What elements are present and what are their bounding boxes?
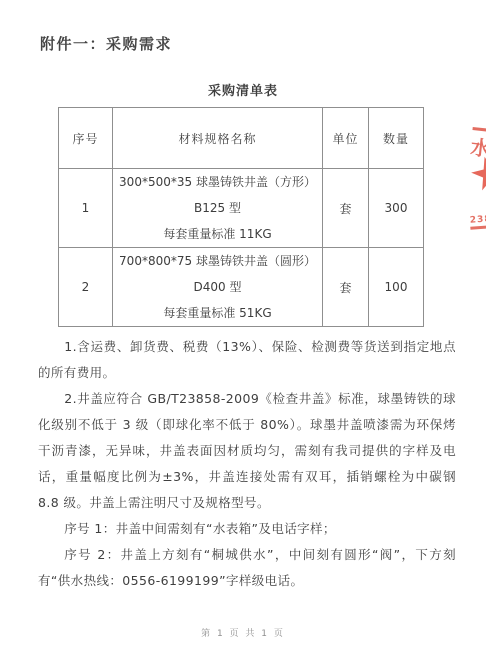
- seal-character: 水: [469, 127, 486, 162]
- spec-line: 700*800*75 球墨铸铁井盖（圆形）: [113, 248, 322, 274]
- paragraph-item2-note: 序号 2：井盖上方刻有“桐城供水”，中间刻有圆形“阀”，下方刻有“供水热线：05…: [38, 542, 456, 594]
- cell-no: 1: [59, 169, 113, 248]
- seal-digits: 238: [470, 214, 486, 229]
- spec-line: 每套重量标准 11KG: [113, 221, 322, 247]
- body-text: 1.含运费、卸货费、税费（13%）、保险、检测费等货送到指定地点的所有费用。 2…: [38, 334, 456, 594]
- paragraph-item1-note: 序号 1：井盖中间需刻有“水表箱”及电话字样；: [38, 516, 456, 542]
- table-row: 1 300*500*35 球墨铸铁井盖（方形） B125 型 每套重量标准 11…: [59, 169, 424, 248]
- cell-qty: 100: [369, 248, 424, 327]
- doc-heading: 附件一：采购需求: [0, 0, 486, 54]
- paragraph-standard: 2.井盖应符合 GB/T23858-2009《检查井盖》标准，球墨铸铁的球化级别…: [38, 386, 456, 516]
- cell-qty: 300: [369, 169, 424, 248]
- header-qty: 数量: [369, 108, 424, 169]
- cell-spec: 700*800*75 球墨铸铁井盖（圆形） D400 型 每套重量标准 51KG: [113, 248, 323, 327]
- header-unit: 单位: [323, 108, 369, 169]
- paragraph-costs: 1.含运费、卸货费、税费（13%）、保险、检测费等货送到指定地点的所有费用。: [38, 334, 456, 386]
- table-title: 采购清单表: [0, 80, 486, 99]
- header-spec: 材料规格名称: [113, 108, 323, 169]
- page-number: 第 1 页 共 1 页: [0, 626, 486, 639]
- cell-spec: 300*500*35 球墨铸铁井盖（方形） B125 型 每套重量标准 11KG: [113, 169, 323, 248]
- document-page: 附件一：采购需求 采购清单表 序号 材料规格名称 单位 数量 1 300*500…: [0, 0, 486, 656]
- header-no: 序号: [59, 108, 113, 169]
- table-row: 2 700*800*75 球墨铸铁井盖（圆形） D400 型 每套重量标准 51…: [59, 248, 424, 327]
- spec-line: 每套重量标准 51KG: [113, 300, 322, 326]
- table-header-row: 序号 材料规格名称 单位 数量: [59, 108, 424, 169]
- purchase-table: 序号 材料规格名称 单位 数量 1 300*500*35 球墨铸铁井盖（方形） …: [58, 107, 424, 327]
- spec-line: B125 型: [113, 195, 322, 221]
- cell-no: 2: [59, 248, 113, 327]
- spec-line: 300*500*35 球墨铸铁井盖（方形）: [113, 169, 322, 195]
- star-icon: ★: [463, 144, 486, 203]
- cell-unit: 套: [323, 248, 369, 327]
- spec-line: D400 型: [113, 274, 322, 300]
- cell-unit: 套: [323, 169, 369, 248]
